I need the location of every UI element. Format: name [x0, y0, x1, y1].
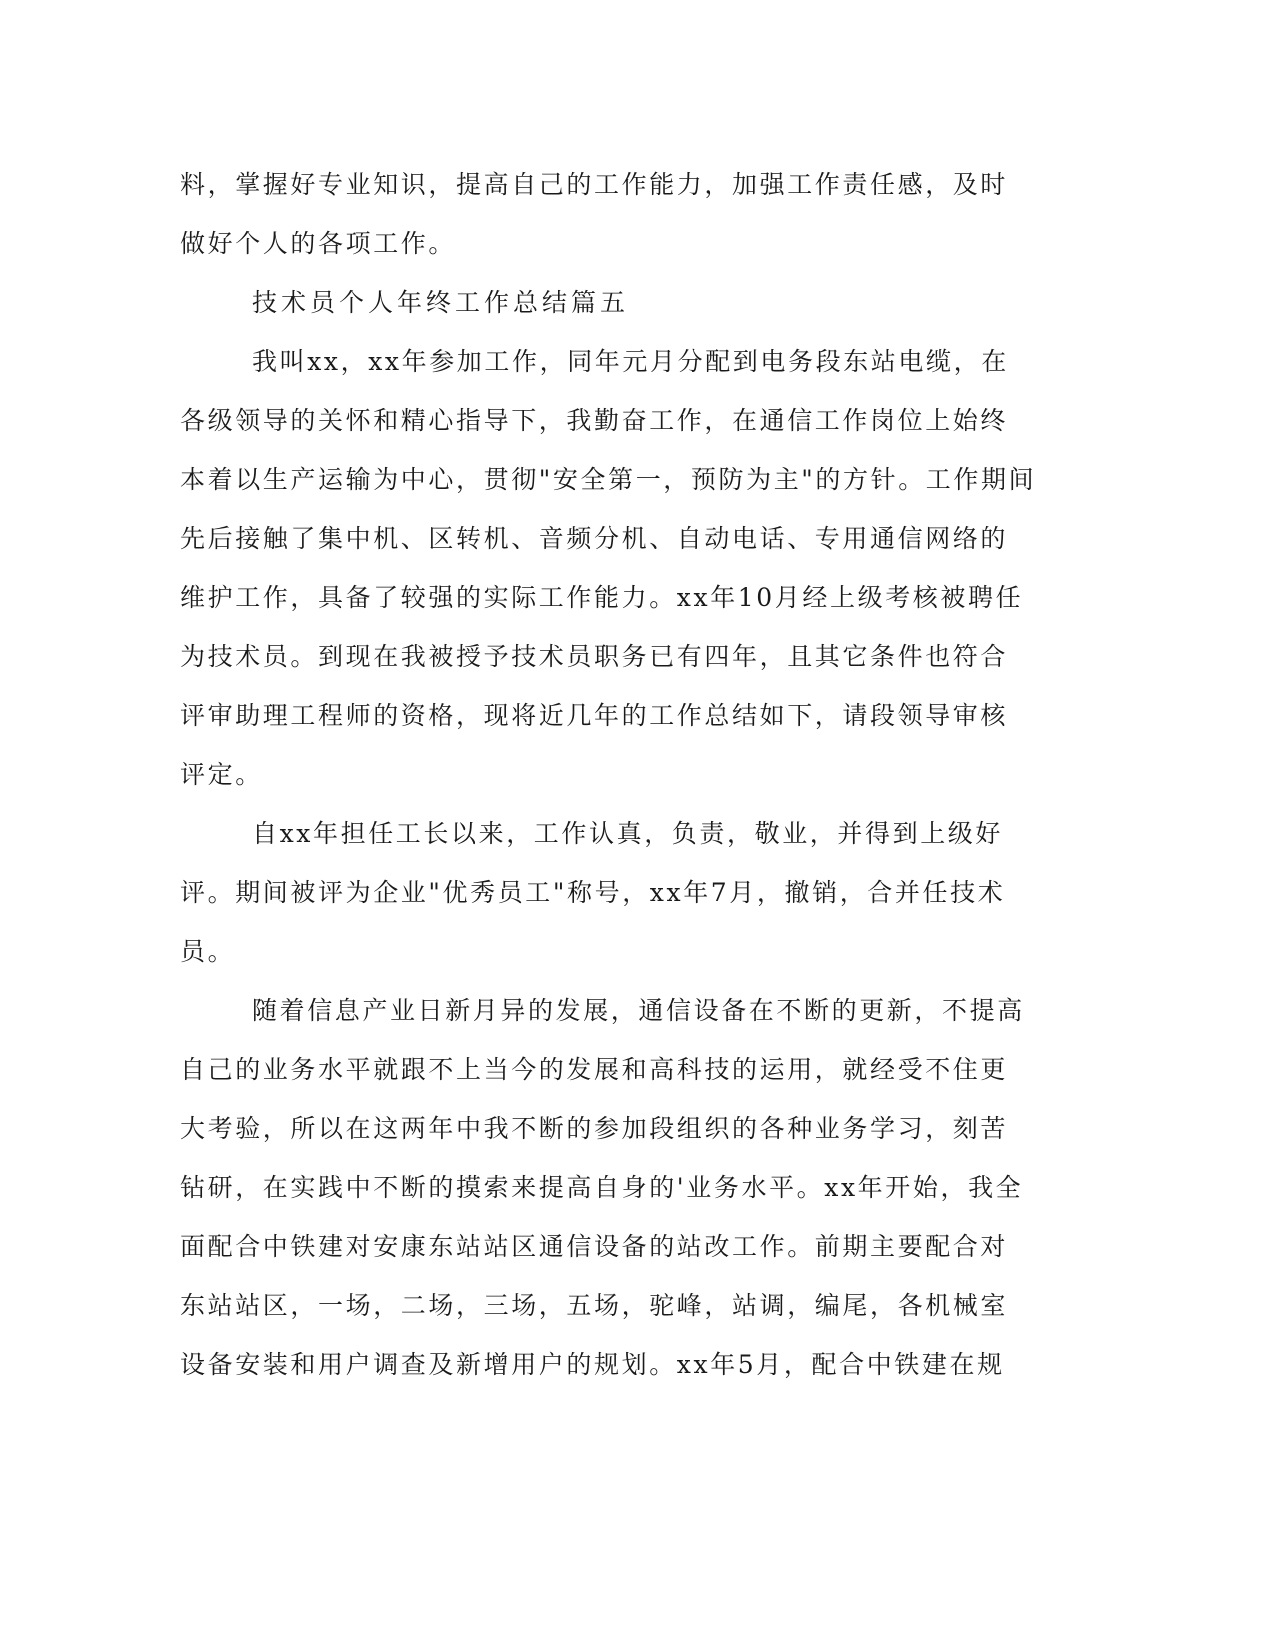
- text-line: 评审助理工程师的资格，现将近几年的工作总结如下，请段领导审核: [180, 686, 1030, 745]
- text-line: 做好个人的各项工作。: [180, 214, 1030, 273]
- text-line: 先后接触了集中机、区转机、音频分机、自动电话、专用通信网络的: [180, 509, 1030, 568]
- document-page: 料，掌握好专业知识，提高自己的工作能力，加强工作责任感，及时 做好个人的各项工作…: [180, 155, 1030, 1394]
- section-heading: 技术员个人年终工作总结篇五: [180, 273, 1030, 332]
- text-line: 面配合中铁建对安康东站站区通信设备的站改工作。前期主要配合对: [180, 1217, 1030, 1276]
- text-line: 维护工作，具备了较强的实际工作能力。xx年10月经上级考核被聘任: [180, 568, 1030, 627]
- text-line: 各级领导的关怀和精心指导下，我勤奋工作，在通信工作岗位上始终: [180, 391, 1030, 450]
- text-line: 设备安装和用户调查及新增用户的规划。xx年5月，配合中铁建在规: [180, 1335, 1030, 1394]
- text-line: 本着以生产运输为中心，贯彻"安全第一，预防为主"的方针。工作期间: [180, 450, 1030, 509]
- text-line: 东站站区，一场，二场，三场，五场，驼峰，站调，编尾，各机械室: [180, 1276, 1030, 1335]
- paragraph-start: 随着信息产业日新月异的发展，通信设备在不断的更新，不提高: [180, 981, 1030, 1040]
- paragraph-start: 自xx年担任工长以来，工作认真，负责，敬业，并得到上级好: [180, 804, 1030, 863]
- text-line: 评。期间被评为企业"优秀员工"称号，xx年7月，撤销，合并任技术: [180, 863, 1030, 922]
- text-line: 大考验，所以在这两年中我不断的参加段组织的各种业务学习，刻苦: [180, 1099, 1030, 1158]
- text-line: 钻研，在实践中不断的摸索来提高自身的'业务水平。xx年开始，我全: [180, 1158, 1030, 1217]
- text-line: 料，掌握好专业知识，提高自己的工作能力，加强工作责任感，及时: [180, 155, 1030, 214]
- paragraph-start: 我叫xx，xx年参加工作，同年元月分配到电务段东站电缆，在: [180, 332, 1030, 391]
- text-line: 员。: [180, 922, 1030, 981]
- text-line: 为技术员。到现在我被授予技术员职务已有四年，且其它条件也符合: [180, 627, 1030, 686]
- text-line: 评定。: [180, 745, 1030, 804]
- text-line: 自己的业务水平就跟不上当今的发展和高科技的运用，就经受不住更: [180, 1040, 1030, 1099]
